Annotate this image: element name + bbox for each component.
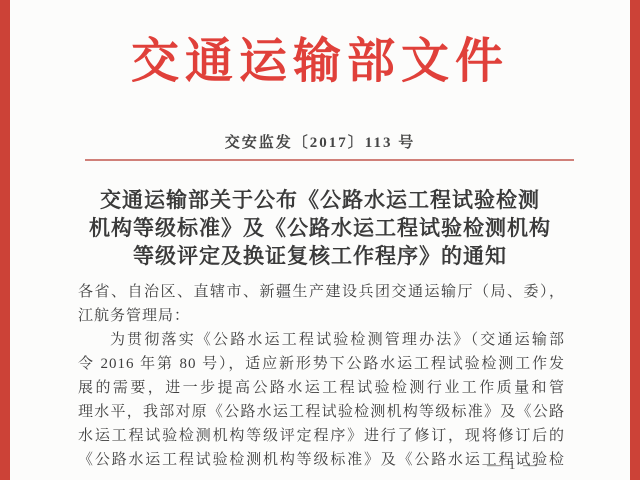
document-number: 交安监发〔2017〕113 号 [20, 131, 620, 152]
page-number: — 1 — [487, 458, 539, 474]
body-line: 各省、自治区、直辖市、新疆生产建设兵团交通运输厅（局、委），长 [78, 280, 565, 304]
body-line: 展的需要，进一步提高公路水运工程试验检测行业工作质量和管 [78, 376, 565, 400]
notice-title-line-1: 交通运输部关于公布《公路水运工程试验检测 [40, 186, 600, 214]
body-line: 水运工程试验检测机构等级评定程序》进行了修订，现将修订后的 [78, 424, 565, 448]
scanned-document-page: 交通运输部文件 交安监发〔2017〕113 号 交通运输部关于公布《公路水运工程… [0, 0, 640, 480]
red-divider-line [85, 159, 574, 161]
right-red-border [630, 0, 640, 480]
body-line: 理水平，我部对原《公路水运工程试验检测机构等级标准》及《公路 [78, 400, 565, 424]
body-line: 令 2016 年第 80 号），适应新形势下公路水运工程试验检测工作发 [78, 352, 565, 376]
body-line: 为贯彻落实《公路水运工程试验检测管理办法》（交通运输部 [78, 328, 565, 352]
body-line: 江航务管理局： [78, 304, 565, 328]
notice-title: 交通运输部关于公布《公路水运工程试验检测 机构等级标准》及《公路水运工程试验检测… [40, 186, 600, 270]
notice-title-line-3: 等级评定及换证复核工作程序》的通知 [40, 242, 600, 270]
notice-title-line-2: 机构等级标准》及《公路水运工程试验检测机构 [40, 214, 600, 242]
agency-header-title: 交通运输部文件 [20, 34, 620, 90]
left-red-border [0, 0, 10, 480]
body-text-block: 各省、自治区、直辖市、新疆生产建设兵团交通运输厅（局、委），长 江航务管理局： … [78, 280, 565, 472]
